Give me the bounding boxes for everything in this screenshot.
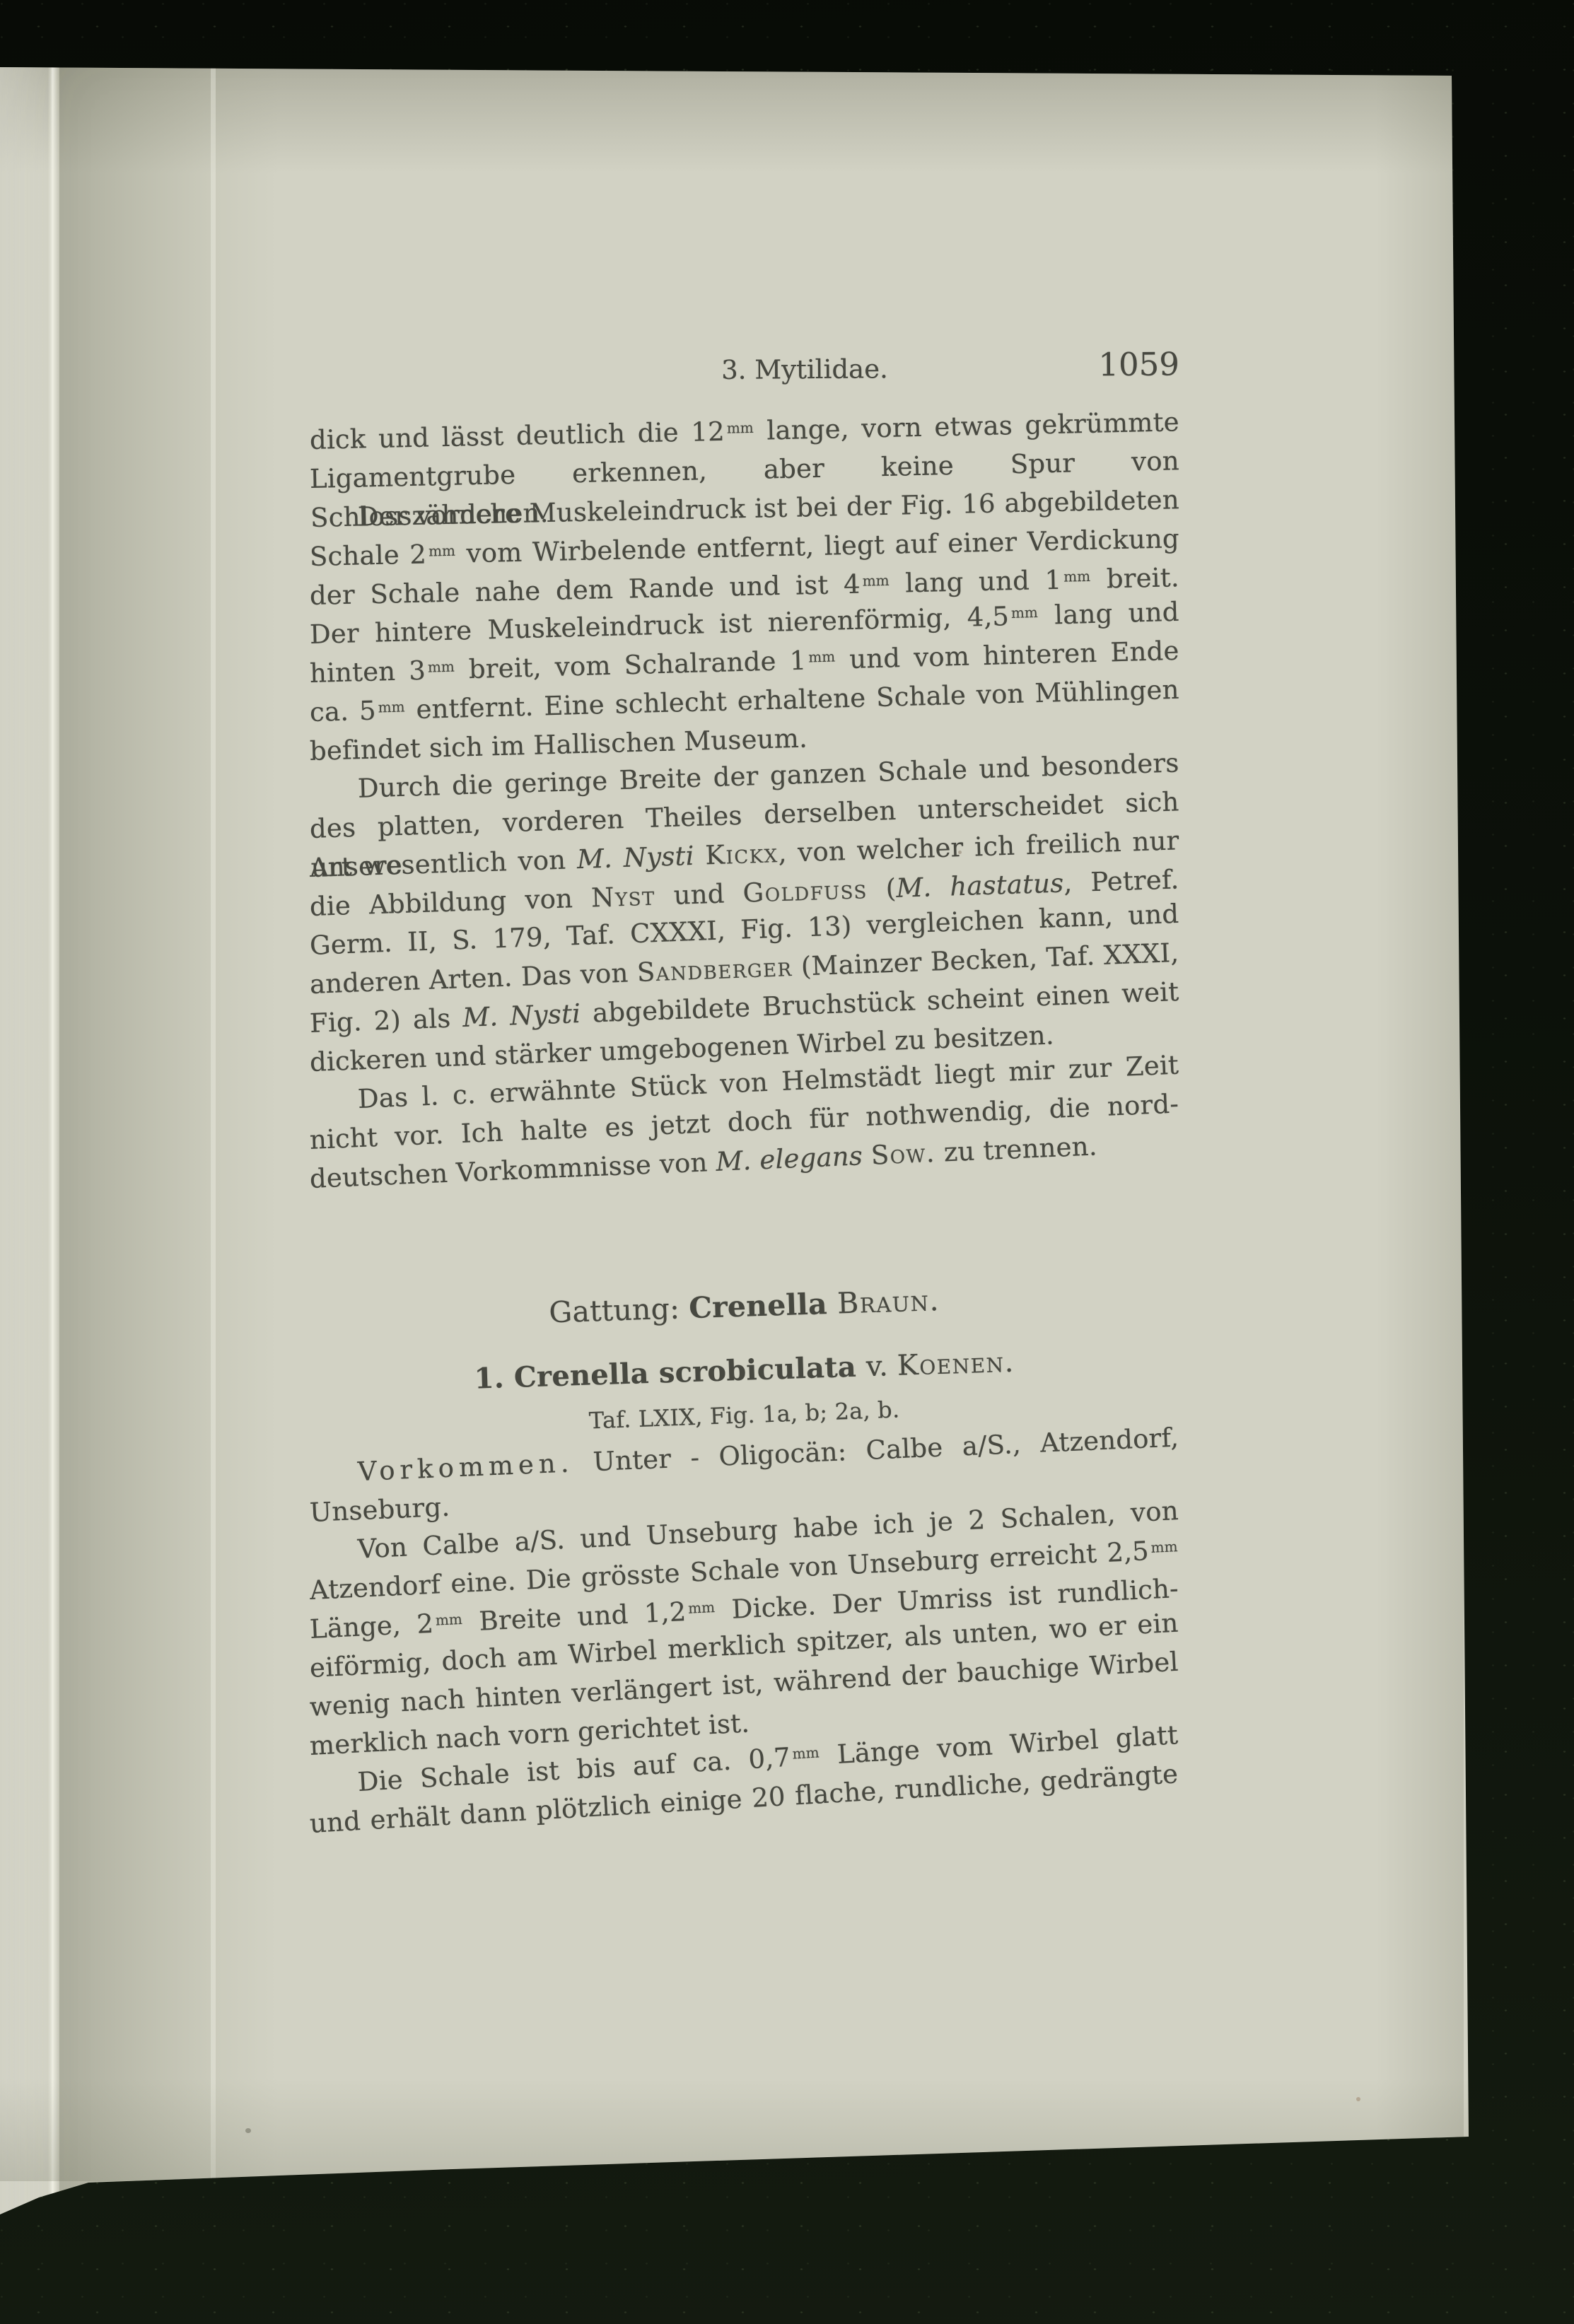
author-smallcaps: Braun. bbox=[836, 1283, 940, 1321]
superscript-unit: mm bbox=[1011, 604, 1038, 621]
author-smallcaps: Nyst bbox=[590, 881, 655, 913]
superscript-unit: mm bbox=[435, 1611, 462, 1629]
superscript-unit: mm bbox=[1063, 568, 1090, 585]
text-run: hinten 3 bbox=[309, 655, 426, 689]
page-edge-stack bbox=[0, 67, 49, 2214]
text-run: lang und 1 bbox=[890, 565, 1062, 599]
gutter-crease bbox=[48, 67, 59, 2214]
species-name-italic: M. Nysti bbox=[462, 998, 581, 1033]
text-run: v. bbox=[865, 1350, 897, 1383]
species-name-bold: 1. Crenella scrobiculata bbox=[474, 1350, 867, 1395]
text-run: die Abbildung von bbox=[309, 883, 591, 922]
text-run: und bbox=[655, 878, 743, 911]
superscript-unit: mm bbox=[428, 658, 455, 676]
author-smallcaps: Sow. bbox=[870, 1138, 936, 1171]
text-run: breit, vom Schalrande 1 bbox=[455, 646, 807, 685]
text-run: ca. 5 bbox=[309, 696, 376, 728]
author-smallcaps: Goldfuss bbox=[742, 874, 868, 909]
text-run: Schale 2 bbox=[310, 539, 427, 572]
superscript-unit: mm bbox=[688, 1599, 716, 1617]
page-top-shadow bbox=[0, 67, 1471, 173]
superscript-unit: mm bbox=[378, 698, 404, 716]
paper-speck bbox=[1356, 2097, 1360, 2101]
page-right-shadow bbox=[1375, 67, 1464, 2183]
text-run: Länge, 2 bbox=[309, 1608, 434, 1645]
genus-heading: Gattung: Crenella Braun. bbox=[309, 1273, 1179, 1340]
text-run: breit. bbox=[1091, 562, 1179, 595]
author-smallcaps: Koenen. bbox=[897, 1346, 1015, 1382]
superscript-unit: mm bbox=[862, 572, 889, 590]
text-run: Art wesentlich von bbox=[309, 844, 577, 883]
text-run: lang und bbox=[1038, 597, 1179, 631]
spaced-keyword: Vorkommen. bbox=[357, 1447, 574, 1487]
text-column: dick und lässt deutlich die 12mm lange, … bbox=[310, 421, 1179, 1843]
gutter-ridge bbox=[211, 67, 216, 2214]
running-head: 3. Mytilidae. 1059 bbox=[310, 347, 1179, 392]
text-run: dick und lässt deutlich die 12 bbox=[310, 416, 725, 455]
superscript-unit: mm bbox=[1150, 1538, 1178, 1556]
text-run: Gattung: bbox=[549, 1291, 689, 1329]
text-run: zu trennen. bbox=[935, 1131, 1097, 1168]
author-smallcaps: Kickx bbox=[705, 838, 779, 870]
book-page: 3. Mytilidae. 1059 dick und lässt deutli… bbox=[0, 0, 1574, 2324]
species-name-italic: M. hastatus bbox=[896, 868, 1064, 903]
species-name-italic: M. Nysti bbox=[576, 840, 706, 875]
superscript-unit: mm bbox=[808, 648, 835, 666]
species-name-italic: M. elegans bbox=[716, 1140, 872, 1177]
text-run: und vom hinteren Ende bbox=[836, 636, 1179, 675]
genus-name-bold: Crenella bbox=[688, 1287, 837, 1326]
paper-speck bbox=[245, 2128, 251, 2133]
superscript-unit: mm bbox=[792, 1744, 820, 1762]
text-run: lange, vorn etwas gekrümmte bbox=[754, 407, 1179, 446]
superscript-unit: mm bbox=[429, 542, 455, 560]
superscript-unit: mm bbox=[727, 419, 754, 437]
author-smallcaps: Sandberger bbox=[636, 952, 793, 988]
text-run: , Petref. bbox=[1063, 864, 1179, 898]
page-number: 1059 bbox=[1098, 344, 1179, 384]
text-run: ( bbox=[867, 873, 897, 904]
text-run: Fig. 2) als bbox=[309, 1003, 463, 1039]
gutter-shadow bbox=[59, 67, 279, 2214]
